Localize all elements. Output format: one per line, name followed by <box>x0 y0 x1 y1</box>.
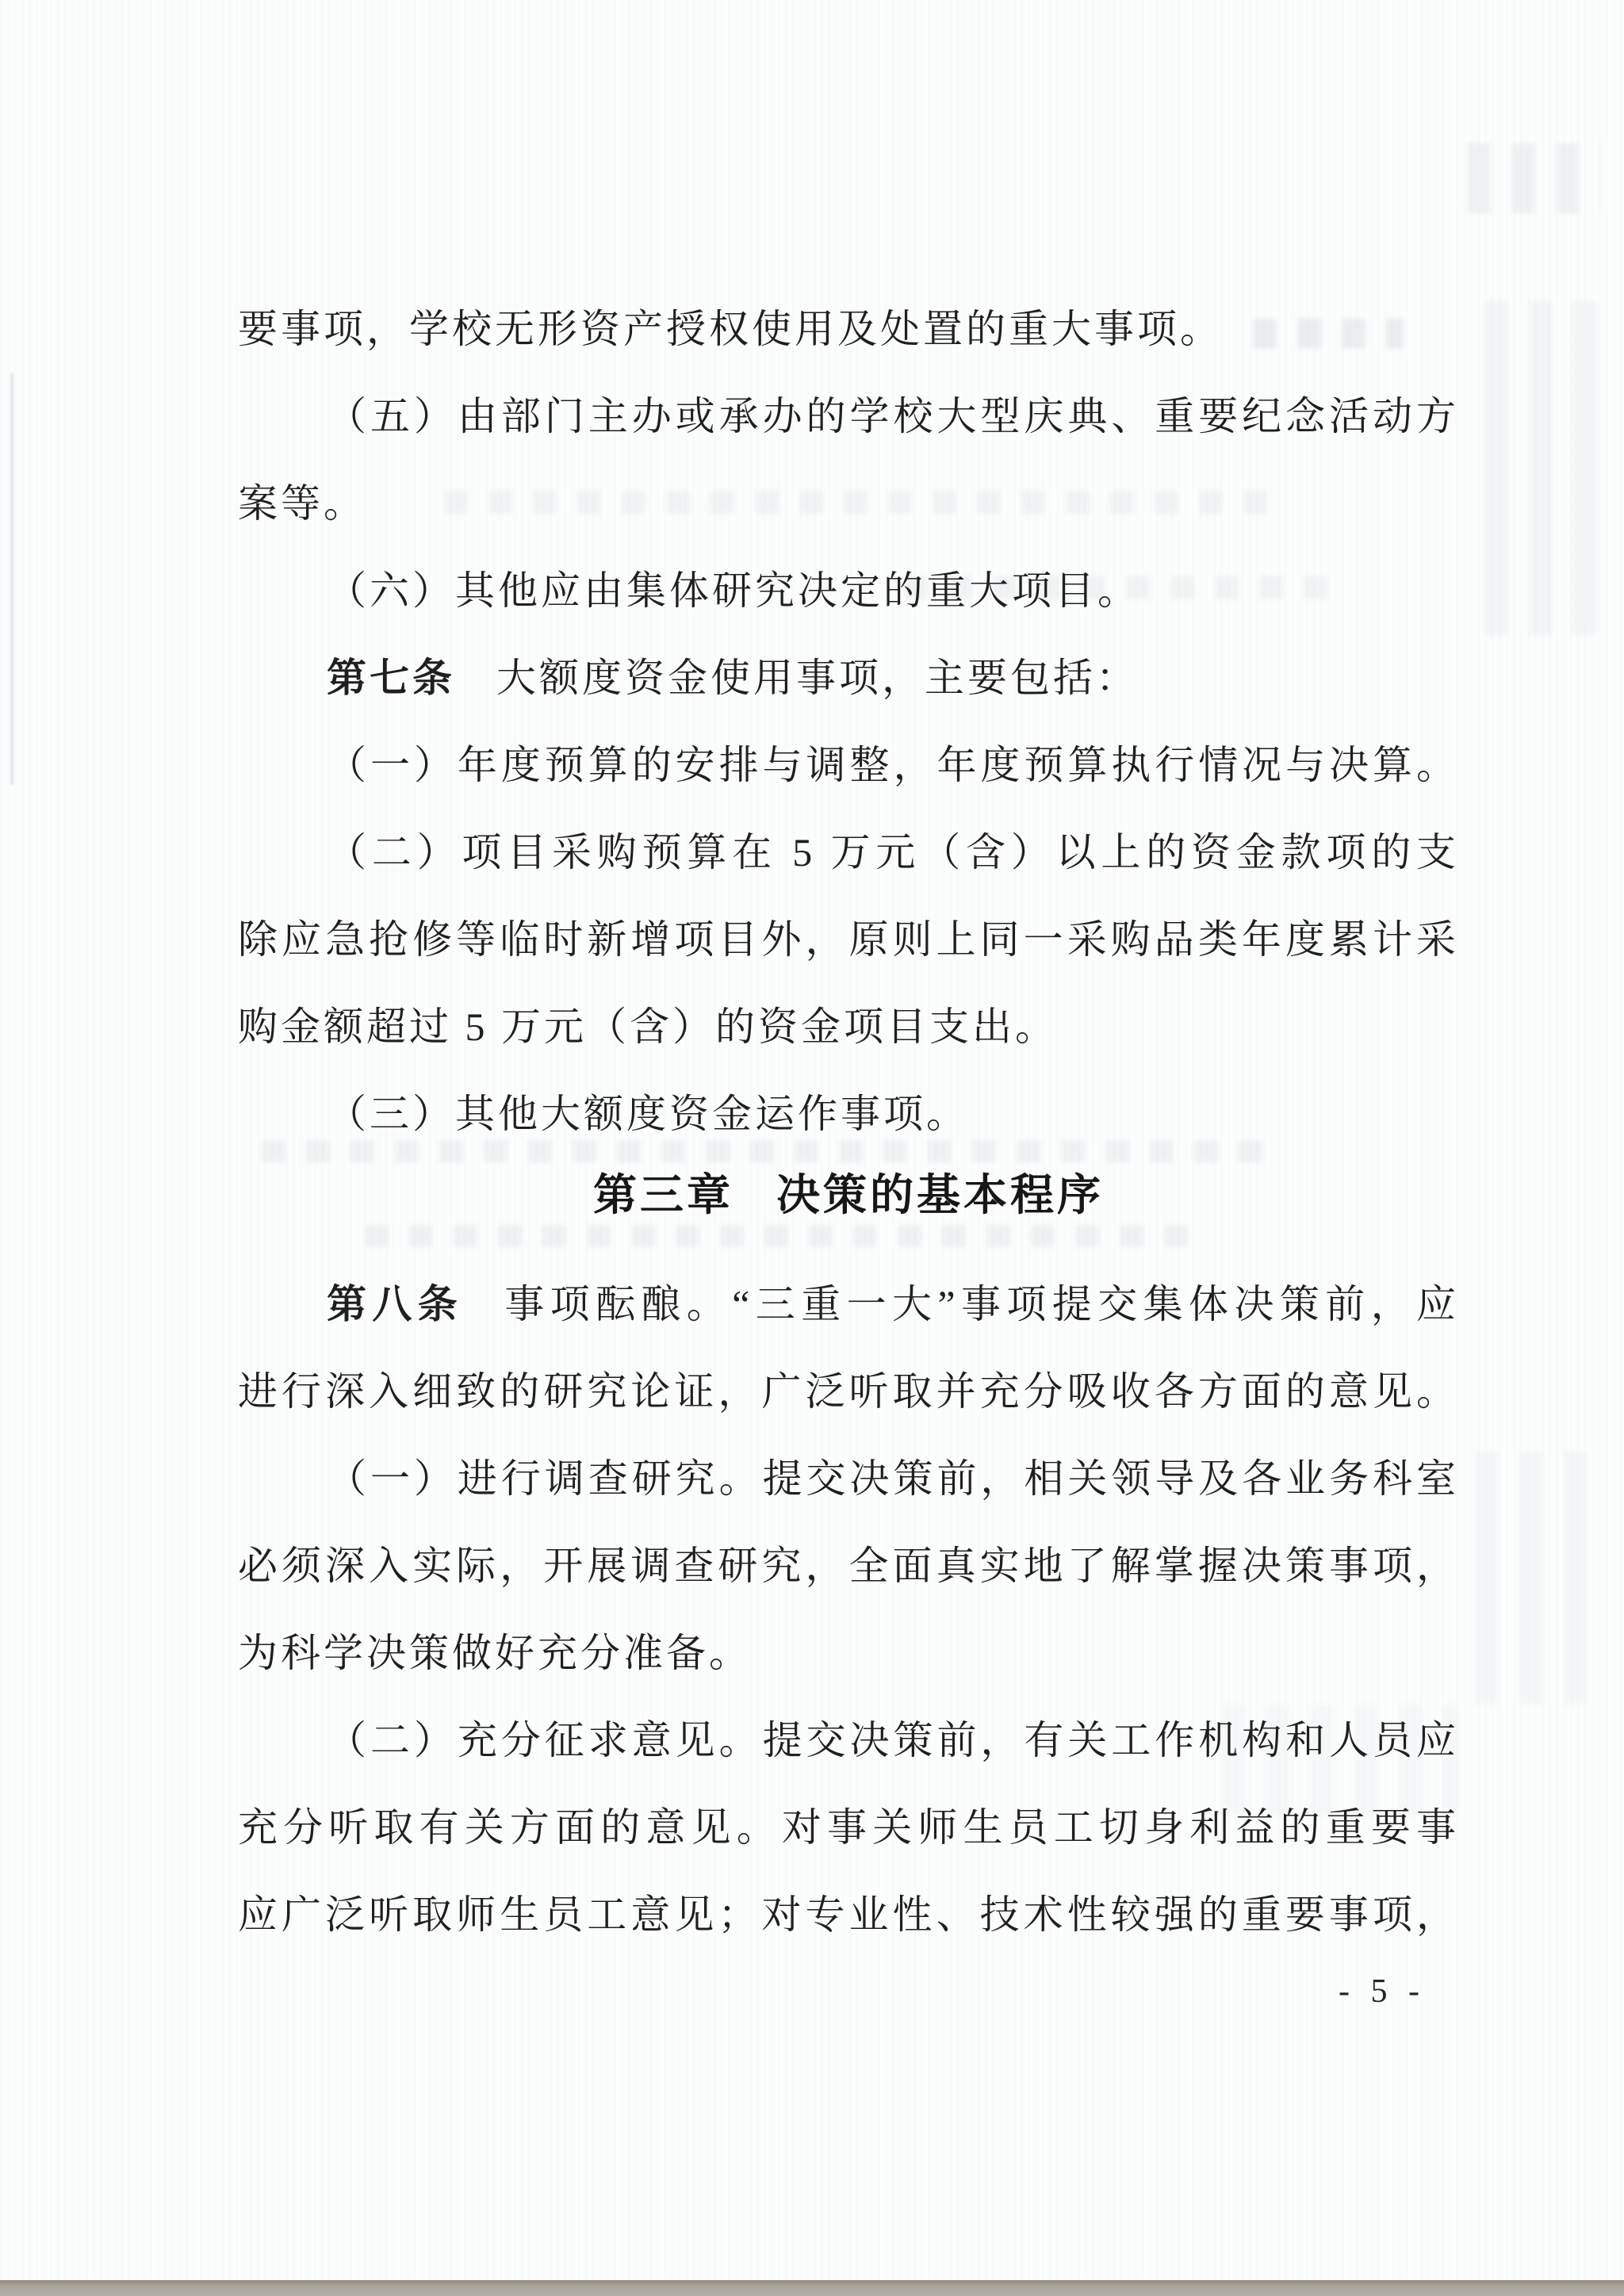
text-line: （三）其他大额度资金运作事项。 <box>238 1070 1459 1158</box>
text-line: 要事项，学校无形资产授权使用及处置的重大事项。 <box>238 285 1459 373</box>
text-line: （二）充分征求意见。提交决策前，有关工作机构和人员应 <box>238 1697 1459 1784</box>
scanned-document-page: 要事项，学校无形资产授权使用及处置的重大事项。 （五）由部门主办或承办的学校大型… <box>0 0 1624 2296</box>
page-number: - 5 - <box>1339 1973 1426 2011</box>
text-line-article-7: 第七条大额度资金使用事项，主要包括： <box>238 634 1459 721</box>
text-line: 必须深入实际，开展调查研究，全面真实地了解掌握决策事项， <box>238 1522 1459 1609</box>
text-line: 购金额超过 5 万元（含）的资金项目支出。 <box>238 983 1459 1070</box>
document-body: 要事项，学校无形资产授权使用及处置的重大事项。 （五）由部门主办或承办的学校大型… <box>238 285 1459 1958</box>
text-line: （五）由部门主办或承办的学校大型庆典、重要纪念活动方 <box>238 373 1459 460</box>
text-line: 除应急抢修等临时新增项目外，原则上同一采购品类年度累计采 <box>238 896 1459 983</box>
text-line: 应广泛听取师生员工意见；对专业性、技术性较强的重要事项， <box>238 1871 1459 1958</box>
text-line: （二）项目采购预算在 5 万元（含）以上的资金款项的支出。 <box>238 809 1459 896</box>
scanner-edge-band <box>0 2280 1624 2296</box>
text-line: （一）进行调查研究。提交决策前，相关领导及各业务科室 <box>238 1435 1459 1522</box>
text-line: （六）其他应由集体研究决定的重大项目。 <box>238 547 1459 634</box>
bleed-through-artifact <box>1484 301 1603 634</box>
text-line: （一）年度预算的安排与调整，年度预算执行情况与决算。 <box>238 721 1459 809</box>
article-text: 事项酝酿。“三重一大”事项提交集体决策前，应 <box>504 1282 1459 1326</box>
text-line: 充分听取有关方面的意见。对事关师生员工切身利益的重要事项， <box>238 1784 1459 1871</box>
article-number-bold: 第八条 <box>327 1282 463 1326</box>
article-text: 大额度资金使用事项，主要包括： <box>496 656 1139 700</box>
chapter-number: 第三章 <box>593 1170 733 1219</box>
text-line-article-8: 第八条事项酝酿。“三重一大”事项提交集体决策前，应 <box>238 1261 1459 1348</box>
text-line: 为科学决策做好充分准备。 <box>238 1609 1459 1697</box>
bleed-through-artifact <box>1475 1451 1602 1705</box>
chapter-heading: 第三章决策的基本程序 <box>238 1151 1459 1238</box>
chapter-title: 决策的基本程序 <box>776 1170 1104 1219</box>
scan-edge-streak <box>10 373 13 785</box>
text-line: 案等。 <box>238 460 1459 547</box>
text-line: 进行深入细致的研究论证，广泛听取并充分吸收各方面的意见。 <box>238 1348 1459 1435</box>
bleed-through-artifact <box>1467 143 1602 214</box>
article-number-bold: 第七条 <box>327 656 455 700</box>
